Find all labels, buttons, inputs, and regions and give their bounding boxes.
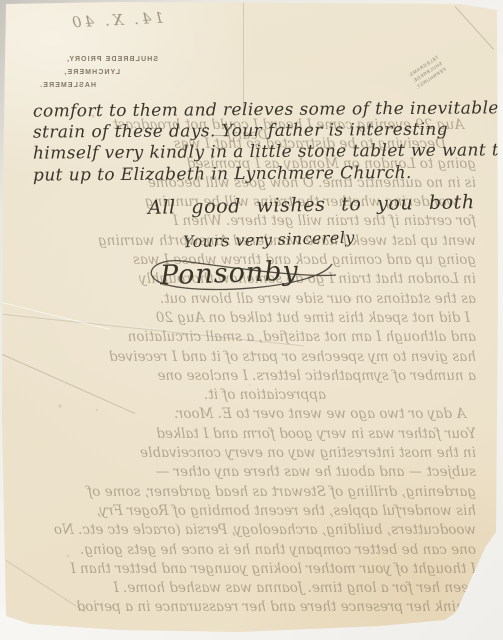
ghost-line: woodcutters, building, archaeology, Pers… xyxy=(28,521,476,540)
ghost-line: a number of sympathetic letters. I enclo… xyxy=(28,367,476,386)
body-line-1: comfort to them and relieves some of the… xyxy=(33,98,483,121)
ghost-line: I thought of your mother looking younger… xyxy=(28,560,476,579)
ghost-line: appreciation of it. xyxy=(28,386,476,405)
ghost-line: gardening, drilling of Stewart as head g… xyxy=(28,483,476,502)
date-showthrough: 14. X. 40 xyxy=(34,9,165,34)
body-line-2: strain of these days. Your father is int… xyxy=(33,119,483,142)
letter-page: 14. X. 40 SHULBREDE PRIORY, LYNCHMERE, H… xyxy=(0,0,503,640)
ghost-line: and although I am not satisfied, a small… xyxy=(28,328,476,347)
scanned-letter-photo: 14. X. 40 SHULBREDE PRIORY, LYNCHMERE, H… xyxy=(0,0,503,640)
ghost-line: seen her for a long time. Joanna was was… xyxy=(28,579,476,598)
reverse-side-showthrough: Aug 29 evening came I heard I could not … xyxy=(28,116,476,618)
ghost-line: in the most interesting way on every con… xyxy=(28,444,476,463)
ghost-line: subject — and about he was there any oth… xyxy=(28,463,476,482)
ghost-line: I did not speak this time but talked on … xyxy=(28,309,476,328)
letterhead-showthrough: SHULBREDE PRIORY, LYNCHMERE, HASLEMERE. xyxy=(48,53,158,92)
body-line-3: himself very kindly in a little stone ta… xyxy=(33,140,483,163)
ghost-line: A day or two ago we went over to E. Moor… xyxy=(28,405,476,424)
vertical-fold-crease xyxy=(243,0,244,115)
signature-block: Ponsonby xyxy=(140,248,350,304)
letterhead-line-lynchmere: LYNCHMERE, xyxy=(48,66,158,79)
ghost-line: his wonderful apples, the recent bombing… xyxy=(28,502,476,521)
telegram-stamp-showthrough: TELEGRAMS: SHULBREDE, FERNHURST. xyxy=(391,44,463,101)
letterhead-line-haslemere: HASLEMERE. xyxy=(48,79,158,92)
ghost-line: one can be better company than he is onc… xyxy=(28,541,476,560)
ghost-line: has given to my speeches or parts of it … xyxy=(28,348,476,367)
ghost-line: Your father was in very good form and I … xyxy=(28,425,476,444)
top-right-corner-crease xyxy=(455,6,495,50)
letterhead-line-priory: SHULBREDE PRIORY, xyxy=(48,53,158,66)
signature: Ponsonby xyxy=(160,256,300,292)
body-line-4: put up to Elizabeth in Lynchmere Church. xyxy=(33,162,483,185)
ghost-line: think her presence there and her reassur… xyxy=(28,598,476,617)
